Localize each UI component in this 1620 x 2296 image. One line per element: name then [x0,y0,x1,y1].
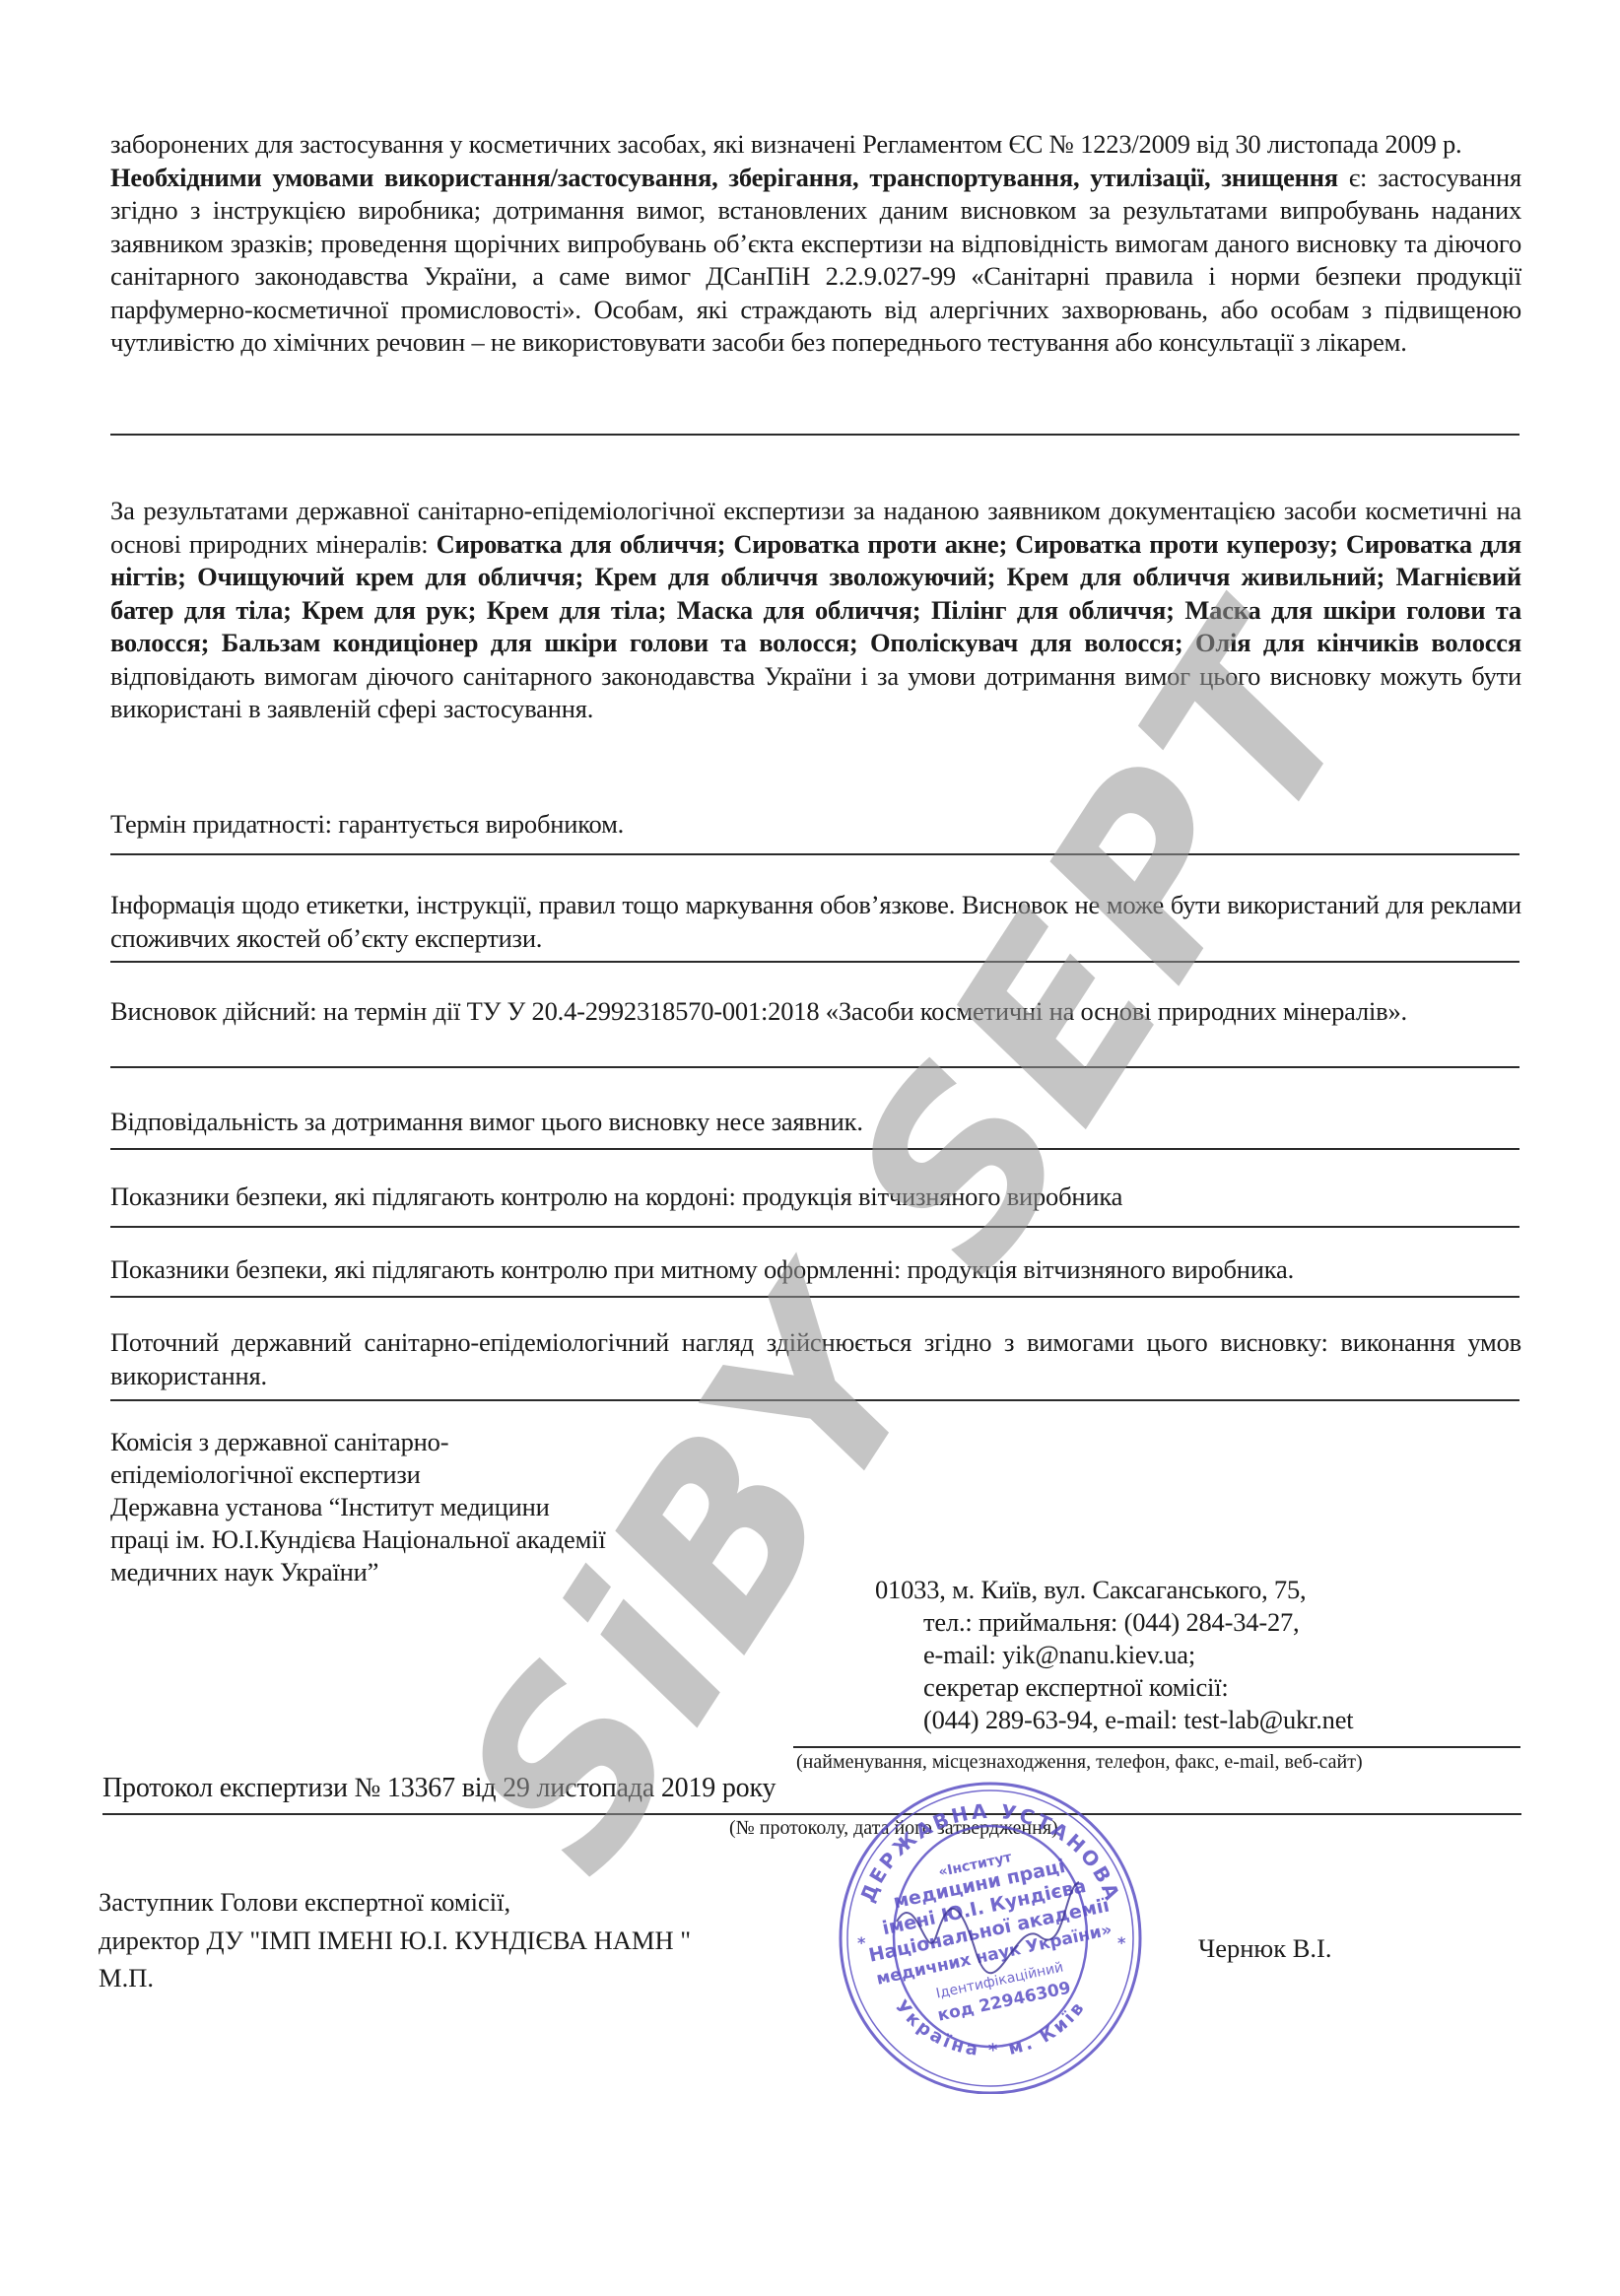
divider [110,961,1519,963]
conclusion-paragraph: За результатами державної санітарно-епід… [110,495,1521,726]
border-control-statement: Показники безпеки, які підлягають контро… [110,1181,1521,1214]
responsibility-statement: Відповідальність за дотримання вимог цьо… [110,1106,1521,1139]
labeling-statement: Інформація щодо етикетки, інструкції, пр… [110,889,1521,955]
official-stamp: ДЕРЖАВНА УСТАНОВА Україна * м. Київ «Інс… [828,1769,1153,2094]
svg-text:*: * [857,1933,866,1952]
divider [102,1813,1521,1815]
divider [793,1746,1520,1748]
address-line: e-mail: yik@nanu.kiev.ua; [875,1639,1525,1671]
divider [110,1066,1519,1068]
commission-line: Комісія з державної санітарно- [110,1426,800,1458]
restricted-substances-text: заборонених для застосування у косметичн… [110,129,1461,159]
address-line: секретар експертної комісії: [875,1671,1525,1704]
commission-line: праці ім. Ю.І.Кундієва Національної акад… [110,1523,800,1556]
document-page: заборонених для застосування у косметичн… [0,0,1620,2296]
signatory-name: Чернюк В.І. [1198,1931,1331,1965]
conclusion-outro: відповідають вимогам діючого санітарного… [110,661,1521,724]
divider [110,853,1519,855]
customs-control-statement: Показники безпеки, які підлягають контро… [110,1253,1521,1287]
address-block: 01033, м. Київ, вул. Саксаганського, 75,… [875,1574,1525,1736]
validity-statement: Висновок дійсний: на термін дії ТУ У 20.… [110,995,1521,1029]
seal-mark: М.П. [99,1961,154,1994]
commission-block: Комісія з державної санітарно- епідеміол… [110,1426,800,1588]
address-line: (044) 289-63-94, e-mail: test-lab@ukr.ne… [875,1704,1525,1736]
surveillance-statement: Поточний державний санітарно-епідеміолог… [110,1326,1521,1392]
divider [110,1399,1519,1401]
signatory-title: Заступник Голови експертної комісії, [99,1885,510,1919]
conditions-heading: Необхідними умовами використання/застосу… [110,163,1338,192]
svg-text:*: * [1117,1933,1126,1952]
stamp-icon: ДЕРЖАВНА УСТАНОВА Україна * м. Київ «Інс… [828,1769,1153,2094]
divider [110,1148,1519,1150]
signatory-position: директор ДУ "ІМП ІМЕНІ Ю.І. КУНДІЄВА НАМ… [99,1924,691,1957]
divider [110,1226,1519,1228]
commission-line: Державна установа “Інститут медицини [110,1491,800,1523]
divider [110,434,1519,436]
commission-line: епідеміологічної експертизи [110,1458,800,1491]
commission-line: медичних наук України” [110,1556,800,1588]
address-line: тел.: приймальня: (044) 284-34-27, [875,1606,1525,1639]
divider [110,1296,1519,1298]
shelf-life-statement: Термін придатності: гарантується виробни… [110,808,1521,842]
address-line: 01033, м. Київ, вул. Саксаганського, 75, [875,1574,1525,1606]
restricted-substances-paragraph: заборонених для застосування у косметичн… [110,128,1521,360]
